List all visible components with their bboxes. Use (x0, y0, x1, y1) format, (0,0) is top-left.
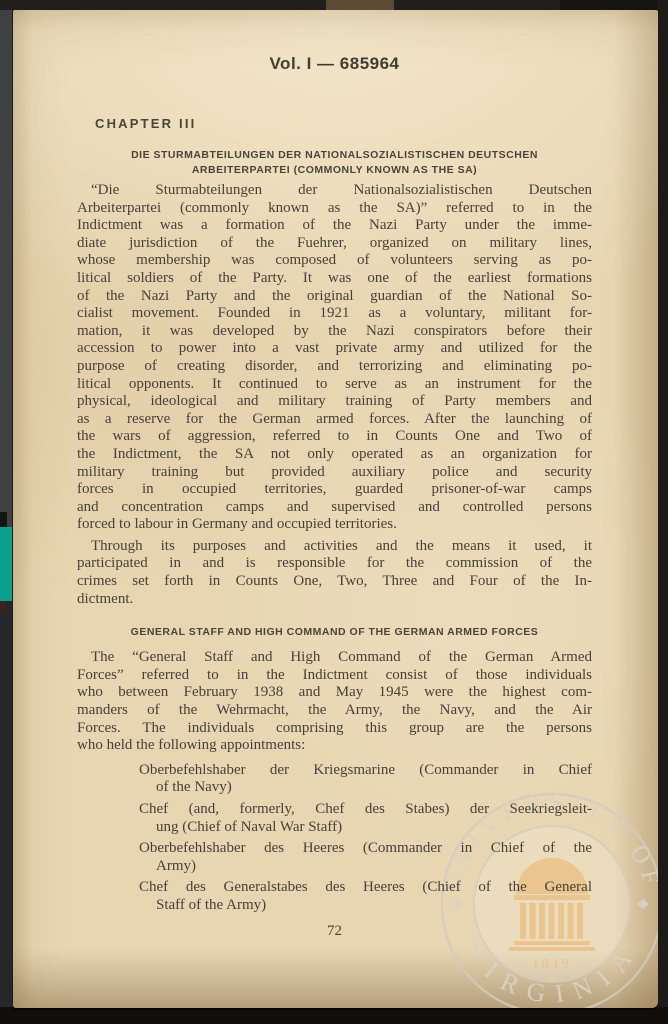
scan-edge-top-brown-patch (326, 0, 394, 10)
text-line: DIE STURMABTEILUNGEN DER NATIONALSOZIALI… (77, 148, 592, 163)
text-line: dictment. (77, 591, 592, 609)
text-line: The “General Staff and High Command of t… (77, 649, 592, 667)
paragraph-general-staff: The “General Staff and High Command of t… (77, 649, 592, 755)
text-line: the wars of aggression, referred to in C… (77, 428, 592, 446)
page-number: 72 (77, 923, 592, 941)
text-line: accession to power into a vast private a… (77, 340, 592, 358)
appointments-list: Oberbefehlshaber der Kriegsmarine (Comma… (77, 762, 592, 915)
text-line: and concentration camps and supervised a… (77, 499, 592, 517)
text-line: manders of the Wehrmacht, the Army, the … (77, 702, 592, 720)
text-line: cialist movement. Founded in 1921 as a v… (77, 305, 592, 323)
appointment-item: Oberbefehlshaber der Kriegsmarine (Comma… (139, 762, 592, 797)
appointment-line-1: Chef (and, formerly, Chef des Stabes) de… (139, 801, 592, 819)
text-line: purpose of creating disorder, and terror… (77, 358, 592, 376)
page-paper: UNIVERSITY OF VIRGINIA (13, 10, 658, 1008)
stamp-diamond-right (637, 898, 648, 909)
paragraph-sa-2: Through its purposes and activities and … (77, 538, 592, 608)
section-heading-general-staff: GENERAL STAFF AND HIGH COMMAND OF THE GE… (77, 625, 592, 640)
appointment-line-2: Army) (139, 858, 592, 876)
text-line: mation, it was developed by the Nazi con… (77, 323, 592, 341)
text-line: participated in and is responsible for t… (77, 555, 592, 573)
text-line: litical soldiers of the Party. It was on… (77, 270, 592, 288)
text-line: of the Nazi Party and the original guard… (77, 288, 592, 306)
scan-edge-bottom (0, 1007, 668, 1024)
appointment-item: Chef des Generalstabes des Heeres (Chief… (139, 879, 592, 914)
text-line: crimes set forth in Counts One, Two, Thr… (77, 573, 592, 591)
text-line: forces in occupied territories, guarded … (77, 481, 592, 499)
text-line: forced to labour in Germany and occupied… (77, 516, 592, 534)
bookmark-tab (0, 527, 14, 601)
text-line: Forces” referred to in the Indictment co… (77, 667, 592, 685)
text-line: as a reserve for the German armed forces… (77, 411, 592, 429)
text-line: who held the following appointments: (77, 737, 592, 755)
appointment-item: Oberbefehlshaber des Heeres (Commander i… (139, 840, 592, 875)
text-line: ARBEITERPARTEI (COMMONLY KNOWN AS THE SA… (77, 163, 592, 178)
text-column: Vol. I — 685964 CHAPTER III DIE STURMABT… (77, 10, 592, 940)
text-line: Indictment was a formation of the Nazi P… (77, 217, 592, 235)
text-line: the Indictment, the SA not only operated… (77, 446, 592, 464)
chapter-heading: CHAPTER III (95, 115, 592, 131)
scan-edge-top-right (560, 0, 668, 10)
appointment-line-1: Oberbefehlshaber der Kriegsmarine (Comma… (139, 762, 592, 780)
scan-edge-maroon (0, 601, 6, 614)
text-line: military training but provided auxiliary… (77, 464, 592, 482)
appointment-line-2: ung (Chief of Naval War Staff) (139, 819, 592, 837)
volume-header: Vol. I — 685964 (77, 55, 592, 75)
appointment-line-1: Oberbefehlshaber des Heeres (Commander i… (139, 840, 592, 858)
text-line: physical, ideological and military train… (77, 393, 592, 411)
appointment-line-2: Staff of the Army) (139, 897, 592, 915)
scanned-book-page: UNIVERSITY OF VIRGINIA (0, 0, 668, 1024)
stamp-year-text: 1819 (532, 957, 572, 972)
appointment-line-2: of the Navy) (139, 779, 592, 797)
scan-edge-left (0, 0, 13, 560)
text-line: litical opponents. It continued to serve… (77, 376, 592, 394)
paragraph-sa-1: “Die Sturmabteilungen der Nationalsozial… (77, 182, 592, 534)
section-heading-sa: DIE STURMABTEILUNGEN DER NATIONALSOZIALI… (77, 148, 592, 178)
text-line: “Die Sturmabteilungen der Nationalsozial… (77, 182, 592, 200)
scan-edge-left-lower (0, 560, 13, 1024)
text-line: who between February 1938 and May 1945 w… (77, 684, 592, 702)
text-line: whose membership was composed of volunte… (77, 252, 592, 270)
appointment-item: Chef (and, formerly, Chef des Stabes) de… (139, 801, 592, 836)
appointment-line-1: Chef des Generalstabes des Heeres (Chief… (139, 879, 592, 897)
text-line: diate jurisdiction of the Fuehrer, organ… (77, 235, 592, 253)
text-line: Through its purposes and activities and … (77, 538, 592, 556)
scan-edge-right (657, 0, 668, 1024)
text-line: Arbeiterpartei (commonly known as the SA… (77, 200, 592, 218)
text-line: Forces. The individuals comprising this … (77, 720, 592, 738)
